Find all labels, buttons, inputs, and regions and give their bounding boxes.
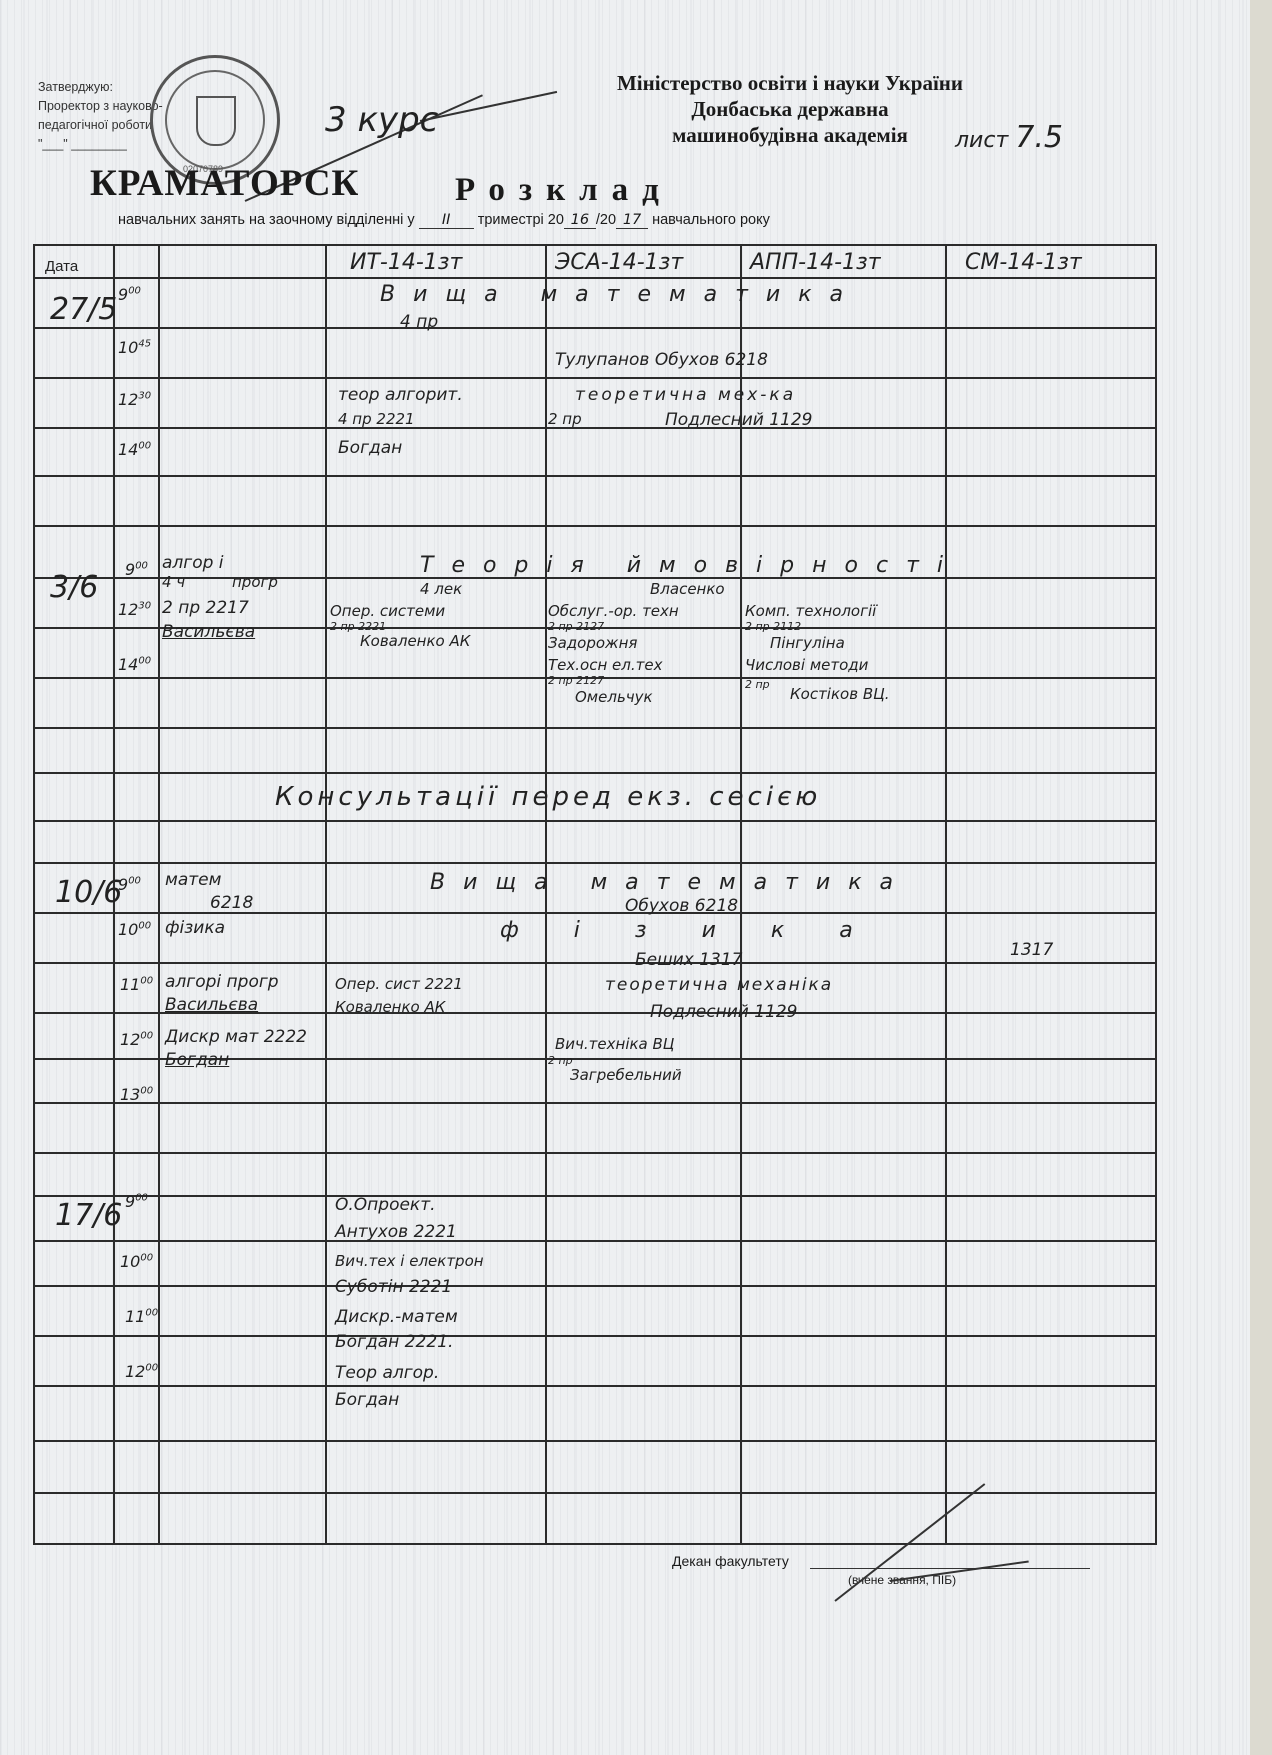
teacher: Власенко	[650, 580, 725, 598]
date-cell: 10/6	[55, 875, 122, 910]
lesson-app: Костіков ВЦ.	[790, 685, 890, 703]
lesson-esa: Загребельний	[570, 1066, 682, 1084]
lesson-note: 2 пр	[548, 410, 582, 428]
dean-signature-icon	[890, 1561, 1029, 1582]
group-header: СМ-14-1зт	[965, 250, 1082, 275]
paper-edge	[1250, 0, 1272, 1755]
approval-line: "___" ________	[38, 135, 163, 154]
lesson-esa: Вич.техніка ВЦ	[555, 1035, 674, 1053]
lesson-it: теор алгорит.	[338, 385, 463, 405]
lesson-special: алгор і	[162, 553, 224, 573]
merged-lesson: теоретична механіка	[605, 975, 833, 995]
ministry-line: Міністерство освіти і науки України	[570, 70, 1010, 96]
lesson-special: алгорі прогр	[165, 972, 279, 992]
lesson-esa: 2 пр	[548, 1054, 573, 1067]
lesson-app: 2 пр 2112	[745, 620, 801, 633]
lesson-it: 4 пр 2221	[338, 410, 415, 428]
lesson-app: Пінгуліна	[770, 634, 845, 652]
time-cell: 1230	[118, 390, 151, 409]
lesson-app: Числові методи	[745, 656, 868, 674]
ministry-line: Донбаська державна	[570, 96, 1010, 122]
lesson-it: Опер. системи	[330, 602, 445, 620]
time-cell: 1100	[125, 1307, 158, 1326]
lesson-app: Комп. технології	[745, 602, 876, 620]
merged-teacher: Беших 1317	[635, 950, 742, 970]
sheet-number: лист 7.5	[955, 120, 1063, 155]
merged-subject: Вища математика	[380, 282, 861, 307]
merged-subject: фізика	[500, 918, 908, 943]
ministry-heading: Міністерство освіти і науки України Донб…	[570, 70, 1010, 148]
date-column-header: Дата	[45, 258, 78, 275]
group-header: ЭСА-14-1зт	[555, 250, 683, 275]
lesson-esa: Омельчук	[575, 688, 653, 706]
group-header: АПП-14-1зт	[750, 250, 881, 275]
time-cell: 1200	[120, 1030, 153, 1049]
date-cell: 3/6	[50, 570, 98, 605]
lesson-it: Коваленко АК	[335, 998, 445, 1016]
lesson-it: Коваленко АК	[360, 632, 470, 650]
time-cell: 900	[118, 875, 141, 894]
lesson-special: 2 пр 2217	[162, 598, 249, 618]
approval-line: Проректор з науково-	[38, 97, 163, 116]
approval-line: педагогічної роботи	[38, 116, 163, 135]
document-title: Розклад	[455, 172, 673, 209]
city-stamp: КРАМАТОРСК	[90, 162, 359, 205]
group-header: ИТ-14-1зт	[350, 250, 462, 275]
time-cell: 1400	[118, 655, 151, 674]
document-subtitle: навчальних занять на заочному відділенні…	[118, 212, 770, 229]
time-cell: 1045	[118, 338, 151, 357]
approval-line: Затверджую:	[38, 78, 163, 97]
lesson-it: Богдан	[338, 438, 402, 458]
approval-block: Затверджую: Проректор з науково- педагог…	[38, 78, 163, 154]
time-cell: 1200	[125, 1362, 158, 1381]
merged-teacher: Подлесний 1129	[650, 1002, 798, 1022]
year-from-field: 16	[564, 212, 596, 229]
time-cell: 1100	[120, 975, 153, 994]
course-label: 3 курс	[325, 100, 438, 140]
time-cell: 1300	[120, 1085, 153, 1104]
lesson-esa: Обслуг.-ор. техн	[548, 602, 679, 620]
ministry-line: машинобудівна академія	[570, 122, 1010, 148]
time-cell: 1000	[120, 1252, 153, 1271]
lesson-esa: Тех.осн ел.тех	[548, 656, 662, 674]
sheet-value: 7.5	[1015, 120, 1063, 155]
date-cell: 27/5	[50, 292, 117, 327]
time-cell: 1000	[118, 920, 151, 939]
lesson-note: 4 лек	[420, 580, 462, 598]
lesson-special: Богдан	[165, 1050, 229, 1070]
time-cell: 900	[125, 560, 148, 579]
dean-label: Декан факультету	[672, 1553, 789, 1569]
time-cell: 900	[125, 1192, 148, 1211]
time-cell: 900	[118, 285, 141, 304]
lesson-esa: Задорожня	[548, 634, 637, 652]
room-note: 1317	[1010, 940, 1053, 960]
lesson-special: Дискр мат 2222	[165, 1027, 307, 1047]
trident-shield-icon	[196, 96, 236, 146]
merged-teacher: Обухов 6218	[625, 896, 738, 916]
time-cell: 1230	[118, 600, 151, 619]
lesson-it: Суботін 2221	[335, 1277, 452, 1297]
lesson-special: прогр	[232, 573, 278, 591]
lesson-special: матем	[165, 870, 221, 890]
lesson-it: Дискр.-матем	[335, 1307, 458, 1327]
trimester-field: ІІ	[419, 212, 474, 229]
consultation-banner: Консультації перед екз. сесією	[275, 782, 821, 812]
merged-lesson: теоретична мех-ка	[575, 385, 796, 405]
date-cell: 17/6	[55, 1198, 122, 1233]
lesson-it: Богдан	[335, 1390, 399, 1410]
lesson-note: 4 пр	[400, 312, 438, 332]
sheet-label: лист	[955, 128, 1008, 153]
lesson-esa: 2 пр 2127	[548, 620, 604, 633]
lesson-it: Антухов 2221	[335, 1222, 457, 1242]
lesson-special: 4 ч	[162, 573, 185, 591]
lesson-it: Вич.тех і електрон	[335, 1252, 484, 1270]
lesson-it: О.Опроект.	[335, 1195, 436, 1215]
lesson-special: 6218	[210, 893, 253, 913]
lesson-it: Богдан 2221.	[335, 1332, 453, 1352]
lesson-special: фізика	[165, 918, 225, 938]
lesson-it: Опер. сист 2221	[335, 975, 463, 993]
lesson-it: Теор алгор.	[335, 1363, 439, 1383]
lesson-app: 2 пр	[745, 678, 770, 691]
lesson-special: Васильєва	[162, 622, 255, 642]
year-to-field: 17	[616, 212, 648, 229]
time-cell: 1400	[118, 440, 151, 459]
merged-teacher: Подлесний 1129	[665, 410, 813, 430]
lesson-esa: 2 пр 2127	[548, 674, 604, 687]
dean-signature-line	[810, 1568, 1090, 1569]
lesson-special: Васильєва	[165, 995, 258, 1015]
merged-subject: Теорія ймовірності	[420, 553, 961, 578]
merged-teacher: Тулупанов Обухов 6218	[555, 350, 768, 370]
signature-icon	[420, 91, 557, 122]
merged-subject: Вища математика	[430, 870, 911, 895]
